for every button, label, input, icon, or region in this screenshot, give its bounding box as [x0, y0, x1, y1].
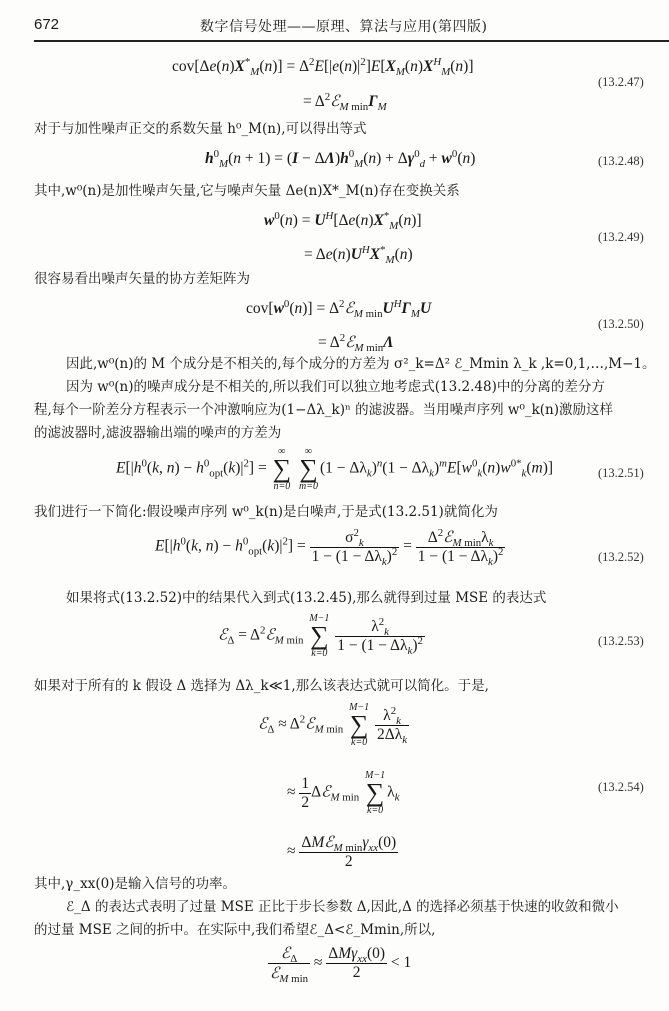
equation-number: (13.2.47)	[598, 75, 644, 90]
equation-13-2-47-line2: = Δ2ℰM minΓM	[303, 92, 387, 111]
paragraph: 对于与加性噪声正交的系数矢量 h⁰_M(n),可以得出等式	[34, 120, 367, 138]
equation-number: (13.2.48)	[598, 154, 644, 169]
summation-m: ∞∑m=0	[299, 446, 318, 492]
page-number: 672	[34, 16, 59, 33]
paragraph: 我们进行一下简化:假设噪声序列 w⁰_k(n)是白噪声,于是式(13.2.51)…	[34, 503, 498, 521]
equation-number: (13.2.54)	[598, 780, 644, 795]
equation-number: (13.2.52)	[598, 550, 644, 565]
paragraph: 其中,γ_xx(0)是输入信号的功率。	[34, 875, 236, 893]
summation-n: ∞∑n=0	[273, 446, 292, 492]
equation-final-inequality: ℰΔℰM min ≈ ΔMγxx(0)2 < 1	[268, 944, 411, 983]
equation-number: (13.2.53)	[598, 634, 644, 649]
paragraph: 因此,w⁰(n)的 M 个成分是不相关的,每个成分的方差为 σ²_k=Δ² ℰ_…	[66, 355, 655, 373]
equation-13-2-47-line1: cov[Δe(n)X*M(n)] = Δ2E[|e(n)|2]E[XM(n)XH…	[172, 58, 473, 76]
summation-k: M−1∑k=0	[309, 613, 329, 659]
paragraph: 如果将式(13.2.52)中的结果代入到式(13.2.45),那么就得到过量 M…	[66, 589, 546, 607]
paragraph: 其中,w⁰(n)是加性噪声矢量,它与噪声矢量 Δe(n)X*_M(n)存在变换关…	[34, 182, 460, 200]
equation-13-2-49-line2: = Δe(n)UHX*M(n)	[304, 246, 413, 264]
summation-k: M−1∑k=0	[349, 702, 369, 748]
equation-13-2-50-line1: cov[w0(n)] = Δ2ℰM minUHΓMU	[246, 299, 431, 318]
paragraph-line: 程,每个一阶差分方程表示一个冲激响应为(1−Δλ_k)ⁿ 的滤波器。当用噪声序列…	[34, 401, 613, 419]
paragraph-line: 的滤波器时,滤波器输出端的噪声的方差为	[34, 424, 281, 442]
paragraph-line: ℰ_Δ 的表达式表明了过量 MSE 正比于步长参数 Δ,因此,Δ 的选择必须基于…	[66, 898, 619, 916]
equation-13-2-53: ℰΔ = Δ2ℰM min M−1∑k=0 λ2k1 − (1 − Δλk)2	[218, 613, 425, 659]
equation-13-2-51: E[|h0(k, n) − h0opt(k)|2] = ∞∑n=0 ∞∑m=0(…	[116, 446, 553, 492]
equation-13-2-54-line3: ≈ ΔMℰM minγxx(0)2	[287, 833, 398, 871]
equation-13-2-54-line1: ℰΔ ≈ Δ2ℰM min M−1∑k=0 λ2k2Δλk	[258, 702, 409, 748]
paragraph: 很容易看出噪声矢量的协方差矩阵为	[34, 270, 250, 288]
equation-13-2-50-line2: = Δ2ℰM minΛ	[318, 333, 394, 352]
header-rule	[34, 40, 669, 42]
equation-number: (13.2.50)	[598, 317, 644, 332]
equation-13-2-52: E[|h0(k, n) − h0opt(k)|2] = σ2k1 − (1 − …	[155, 528, 505, 566]
running-header-title: 数字信号处理——原理、算法与应用(第四版)	[200, 16, 487, 36]
equation-number: (13.2.51)	[598, 466, 644, 481]
summation-k: M−1∑k=0	[365, 770, 385, 816]
equation-13-2-54-line2: ≈ 12ΔℰM min M−1∑k=0λk	[287, 770, 399, 816]
paragraph-line: 因为 w⁰(n)的噪声成分是不相关的,所以我们可以独立地考虑式(13.2.48)…	[66, 378, 605, 396]
paragraph-line: 的过量 MSE 之间的折中。在实际中,我们希望ℰ_Δ<ℰ_Mmin,所以,	[34, 921, 435, 939]
equation-number: (13.2.49)	[598, 230, 644, 245]
equation-13-2-49-line1: w0(n) = UH[Δe(n)X*M(n)]	[264, 212, 422, 230]
equation-13-2-48: h0M(n + 1) = (I − ΔΛ)h0M(n) + Δγ0d + w0(…	[205, 150, 475, 168]
paragraph: 如果对于所有的 k 假设 Δ 选择为 Δλ_k≪1,那么该表达式就可以简化。于是…	[34, 677, 489, 695]
